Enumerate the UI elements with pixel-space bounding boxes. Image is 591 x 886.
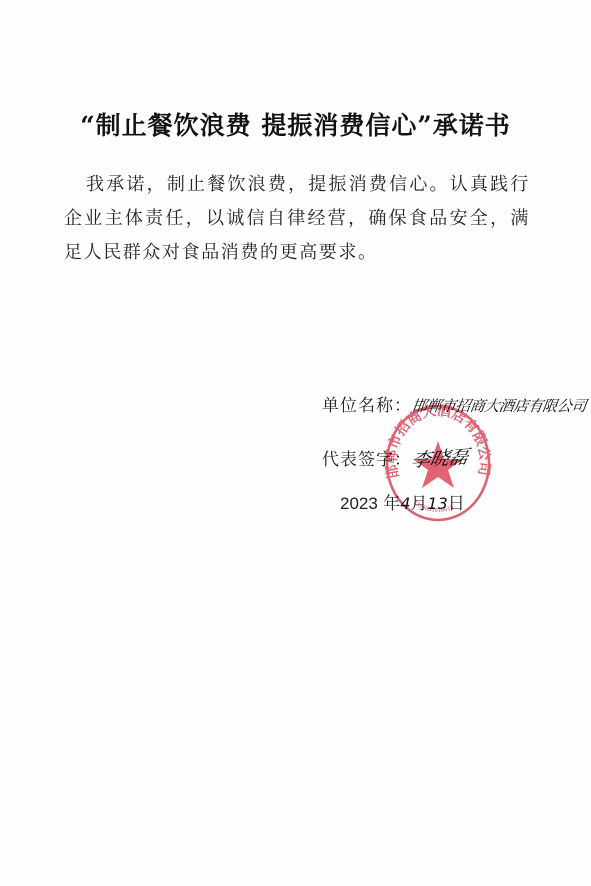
date-day-handwritten: 13 xyxy=(427,494,447,513)
unit-name-row: 单位名称：邯郸市招商大酒店有限公司 xyxy=(322,391,586,416)
representative-signature-label: 代表签字： xyxy=(322,450,412,470)
date-day-suffix: 日 xyxy=(448,494,465,514)
date-month-suffix: 月 xyxy=(410,494,427,514)
date-year: 2023 xyxy=(340,494,378,513)
representative-signature-row: 代表签字：李晓磊 xyxy=(322,444,468,471)
date-year-suffix: 年 xyxy=(383,494,400,514)
unit-name-label: 单位名称： xyxy=(322,396,412,416)
pledge-body-text: 我承诺，制止餐饮浪费，提振消费信心。认真践行企业主体责任，以诚信自律经营，确保食… xyxy=(64,168,530,270)
document-page: “制止餐饮浪费 提振消费信心”承诺书 我承诺，制止餐饮浪费，提振消费信心。认真践… xyxy=(0,0,591,886)
date-month-handwritten: 4 xyxy=(400,494,410,513)
signing-date: 2023 年4月13日 xyxy=(340,489,465,514)
representative-signature: 李晓磊 xyxy=(409,442,471,473)
document-title: “制止餐饮浪费 提振消费信心”承诺书 xyxy=(0,106,591,142)
unit-name-handwritten: 邯郸市招商大酒店有限公司 xyxy=(411,395,588,416)
